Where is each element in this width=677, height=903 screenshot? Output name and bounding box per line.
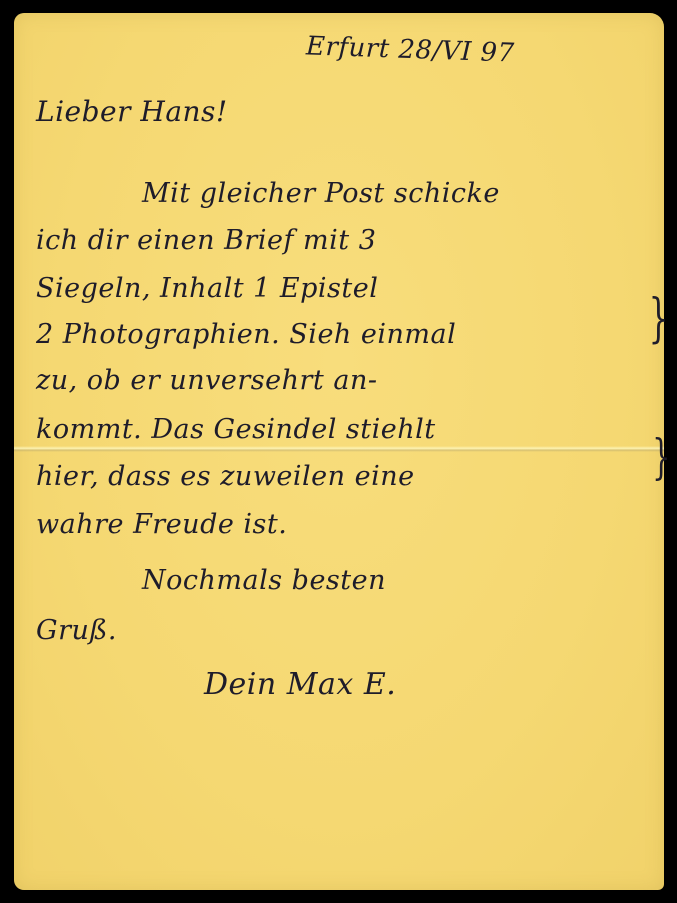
body-line: ich dir einen Brief mit 3 xyxy=(36,225,376,256)
postcard: Erfurt 28/VI 97 Lieber Hans! Mit gleiche… xyxy=(14,13,664,890)
body-line: Mit gleicher Post schicke xyxy=(142,178,500,209)
margin-bracket-mark: } xyxy=(649,293,669,345)
body-line: wahre Freude ist. xyxy=(36,509,287,540)
place-date: Erfurt 28/VI 97 xyxy=(306,31,516,68)
fold-crease xyxy=(14,446,664,452)
body-line: kommt. Das Gesindel stiehlt xyxy=(36,414,436,445)
body-line: hier, dass es zuweilen eine xyxy=(36,461,415,492)
closing-line: Gruß. xyxy=(36,615,117,646)
body-line: zu, ob er unversehrt an- xyxy=(36,365,377,396)
closing-line: Nochmals besten xyxy=(142,565,386,596)
body-line: 2 Photographien. Sieh einmal xyxy=(36,319,456,350)
body-line: Siegeln, Inhalt 1 Epistel xyxy=(36,273,378,304)
salutation: Lieber Hans! xyxy=(36,95,228,128)
margin-bracket-mark: } xyxy=(652,433,670,481)
signature: Dein Max E. xyxy=(204,667,396,702)
